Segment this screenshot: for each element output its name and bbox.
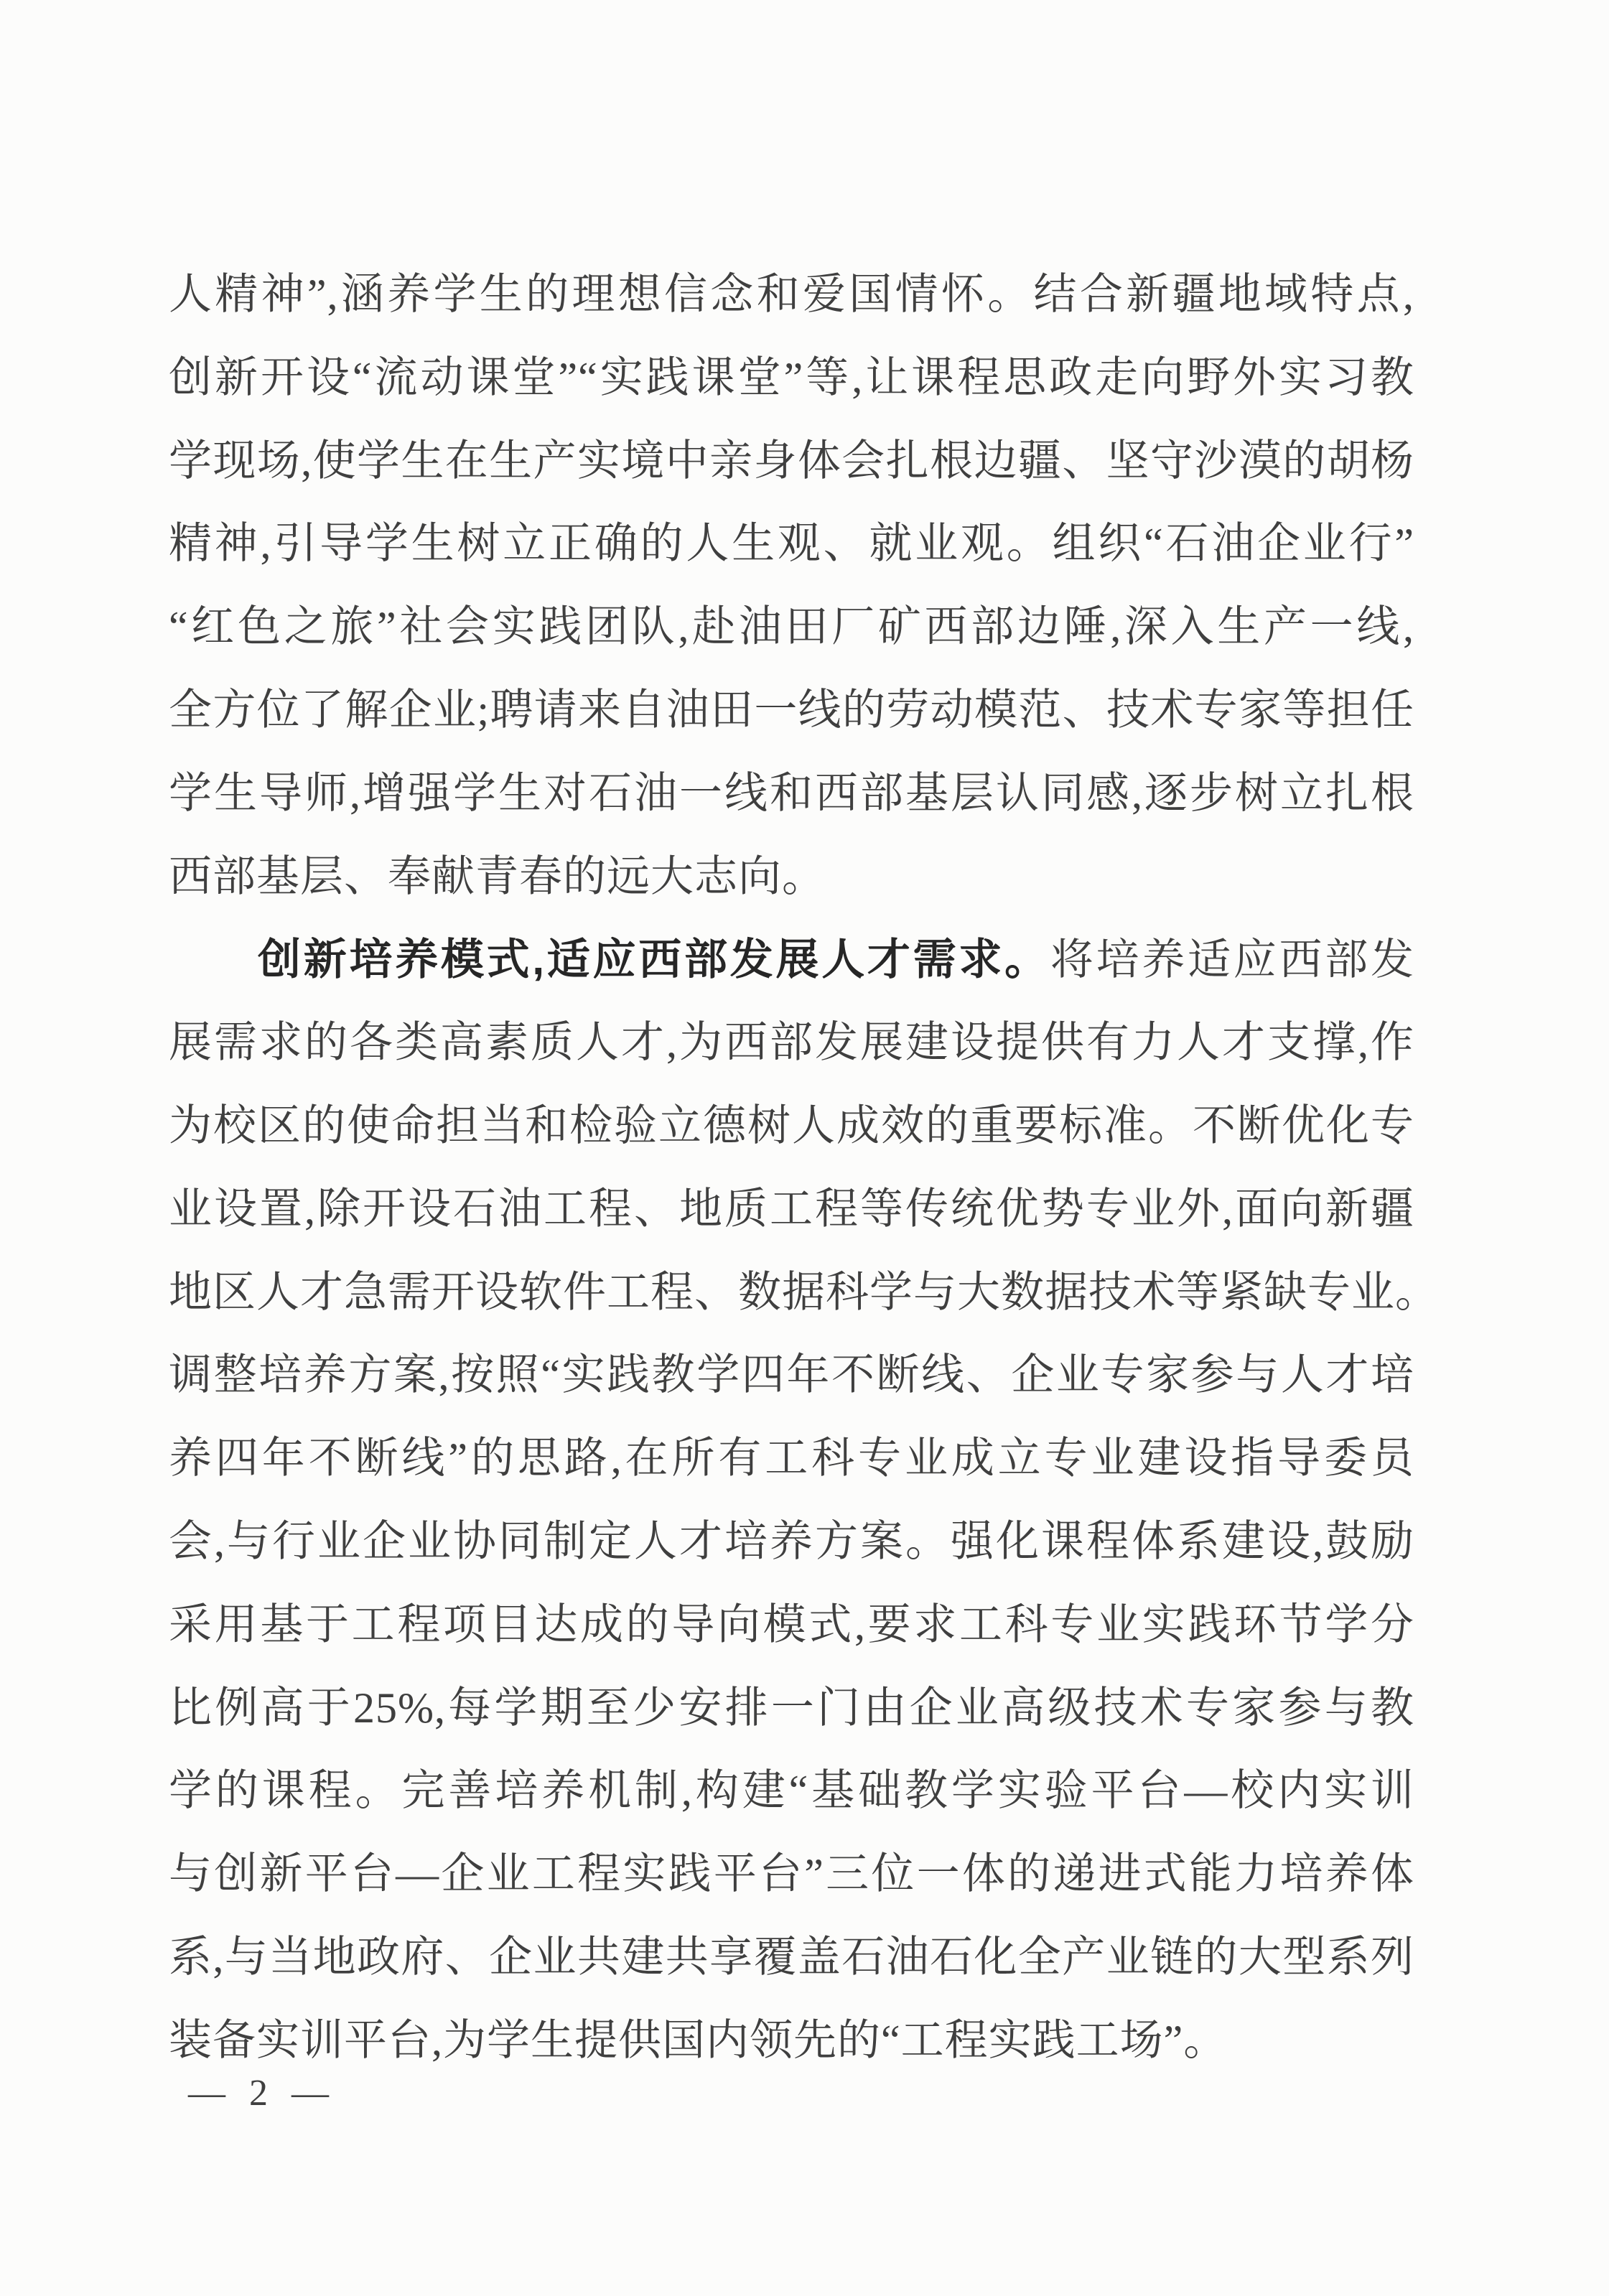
- text-line: 创新开设“流动课堂”“实践课堂”等,让课程思政走向野外实习教: [169, 337, 1414, 420]
- text-line: 业设置,除开设石油工程、地质工程等传统优势专业外,面向新疆: [169, 1168, 1414, 1251]
- text-line: 系,与当地政府、企业共建共享覆盖石油石化全产业链的大型系列: [169, 1916, 1414, 1999]
- text-line: 养四年不断线”的思路,在所有工科专业成立专业建设指导委员: [169, 1417, 1414, 1501]
- body-text: 人精神”,涵养学生的理想信念和爱国情怀。结合新疆地域特点, 创新开设“流动课堂”…: [169, 253, 1414, 2083]
- text-line: 学的课程。完善培养机制,构建“基础教学实验平台—校内实训: [169, 1750, 1414, 1833]
- page-number: — 2 —: [188, 2072, 336, 2114]
- text-line: 学现场,使学生在生产实境中亲身体会扎根边疆、坚守沙漠的胡杨: [169, 420, 1414, 503]
- text-line: 人精神”,涵养学生的理想信念和爱国情怀。结合新疆地域特点,: [169, 253, 1414, 337]
- document-page: 人精神”,涵养学生的理想信念和爱国情怀。结合新疆地域特点, 创新开设“流动课堂”…: [0, 0, 1609, 2296]
- text-line: “红色之旅”社会实践团队,赴油田厂矿西部边陲,深入生产一线,: [169, 586, 1414, 669]
- paragraph2-first-line: 创新培养模式,适应西部发展人才需求。将培养适应西部发: [169, 918, 1414, 1002]
- text-line: 展需求的各类高素质人才,为西部发展建设提供有力人才支撑,作: [169, 1002, 1414, 1085]
- text-line: 西部基层、奉献青春的远大志向。: [169, 836, 1414, 919]
- paragraph2-heading: 创新培养模式,适应西部发展人才需求。: [258, 935, 1050, 984]
- text-line: 精神,引导学生树立正确的人生观、就业观。组织“石油企业行”: [169, 503, 1414, 586]
- text-line: 调整培养方案,按照“实践教学四年不断线、企业专家参与人才培: [169, 1334, 1414, 1417]
- text-line: 采用基于工程项目达成的导向模式,要求工科专业实践环节学分: [169, 1584, 1414, 1667]
- text-line: 为校区的使命担当和检验立德树人成效的重要标准。不断优化专: [169, 1085, 1414, 1168]
- text-line: 学生导师,增强学生对石油一线和西部基层认同感,逐步树立扎根: [169, 752, 1414, 836]
- text-line: 装备实训平台,为学生提供国内领先的“工程实践工场”。: [169, 1999, 1414, 2083]
- text-line: 地区人才急需开设软件工程、数据科学与大数据技术等紧缺专业。: [169, 1251, 1414, 1335]
- text-line: 全方位了解企业;聘请来自油田一线的劳动模范、技术专家等担任: [169, 669, 1414, 752]
- text-line: 比例高于25%,每学期至少安排一门由企业高级技术专家参与教: [169, 1667, 1414, 1750]
- paragraph2-heading-trailing-text: 将培养适应西部发: [1050, 936, 1414, 984]
- text-line: 会,与行业企业协同制定人才培养方案。强化课程体系建设,鼓励: [169, 1501, 1414, 1584]
- text-line: 与创新平台—企业工程实践平台”三位一体的递进式能力培养体: [169, 1833, 1414, 1916]
